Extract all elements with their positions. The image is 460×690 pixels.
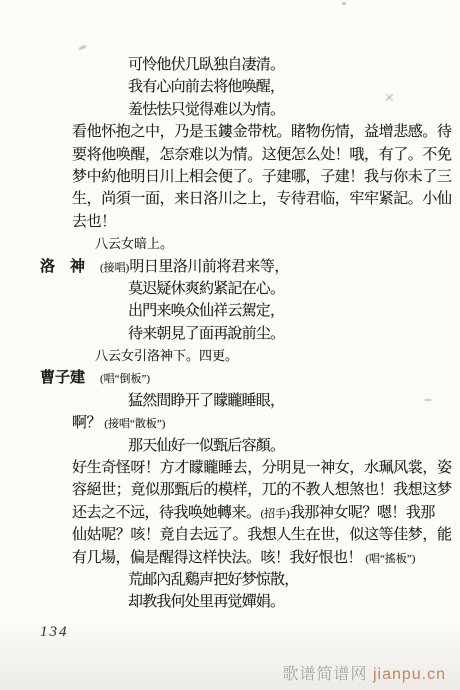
dialogue-prose-line: 好生奇怪呀！方才矇矓睡去，分明見一神女，水珮风裳，姿: [72, 457, 460, 479]
dialogue-text: 明日里洛川前将君来等，: [129, 259, 289, 275]
verse-line: 荒邮內乱鷄声把好梦惊散，: [128, 569, 460, 591]
stage-direction: 八云女引洛神下。四更。: [95, 345, 460, 367]
verse-line: 莫迟疑休爽約紧記在心。: [128, 278, 460, 300]
stage-direction: 八云女暗上。: [95, 233, 460, 255]
dialogue-line: 曹子建(唱“倒板”): [40, 367, 460, 389]
dialogue-line: 洛 神(接唱)明日里洛川前将君来等，: [40, 256, 460, 278]
book-page: 可怜他伏几臥独自凄清。 我有心向前去将他唤醒， 羞怯怯只觉得难以为情。 看他怀抱…: [0, 0, 460, 690]
stage-cue: (招手): [261, 508, 290, 520]
verse-line: 猛然間睁开了矇矓睡眼，: [128, 390, 460, 412]
scan-artifact: [78, 44, 87, 51]
verse-line: 可怜他伏几臥独自凄清。: [128, 54, 460, 76]
dialogue-prose-line: 生，尚須一面，来日洛川之上，专待君临，牢牢紧記。小仙: [72, 188, 460, 210]
dialogue-text: 我那神女呢？嗯！我那: [290, 505, 435, 521]
dialogue-line: 还去之不远，待我唤她轉来。(招手)我那神女呢？嗯！我那: [72, 502, 460, 524]
watermark-site-url: jianpu.cn: [373, 666, 446, 683]
stage-cue: (唱“搖板”): [365, 553, 415, 565]
dialogue-prose-line: 去也！: [72, 211, 460, 233]
dialogue-line: 有几場，偏是醒得这样快法。咳！我好恨也！ (唱“搖板”): [72, 547, 460, 569]
dialogue-text: 还去之不远，待我唤她轉来。: [72, 505, 261, 521]
verse-line: 待来朝見了面再說前尘。: [128, 323, 460, 345]
dialogue-text: 有几場，偏是醒得这样快法。咳！我好恨也！: [72, 550, 362, 566]
dialogue-prose-line: 容絕世；竟似那甄后的模样，兀的不教人想煞也！我想这梦: [72, 479, 460, 501]
speaker-name: 曹子建: [40, 367, 94, 389]
stage-cue: (唱“倒板”): [100, 373, 150, 385]
site-watermark: 歌谱简谱网 jianpu.cn: [282, 661, 446, 684]
dialogue-text: 啊？: [72, 415, 101, 431]
speaker-name: 洛 神: [40, 256, 94, 278]
stage-cue: (接唱): [100, 262, 129, 274]
watermark-site-name: 歌谱简谱网: [282, 666, 367, 683]
verse-line: 羞怯怯只觉得难以为情。: [128, 99, 460, 121]
scan-artifact: [342, 2, 346, 5]
verse-line: 出門来唤众仙祥云駕定，: [128, 300, 460, 322]
dialogue-line: 啊？ (接唱“散板”): [72, 412, 460, 434]
dialogue-prose-line: 梦中約他明日川上相会便了。子建哪，子建！我与你未了三: [72, 166, 460, 188]
dialogue-prose-line: 仙姑呢？咳！竟自去远了。我想人生在世，似这等佳梦，能: [72, 524, 460, 546]
dialogue-prose-line: 看他怀抱之中，乃是玉鏤金带枕。睹物伤情，益增悲感。待: [72, 121, 460, 143]
stage-cue: (接唱“散板”): [104, 418, 165, 430]
verse-line: 那天仙好一似甄后容顏。: [128, 435, 460, 457]
verse-line: 却教我何处里再觉嬋娟。: [128, 591, 460, 613]
page-number: 134: [40, 624, 69, 641]
dialogue-prose-line: 要将他唤醒，怎奈难以为情。这便怎么处！哦，有了。不免: [72, 144, 460, 166]
verse-line: 我有心向前去将他唤醒，: [128, 76, 460, 98]
